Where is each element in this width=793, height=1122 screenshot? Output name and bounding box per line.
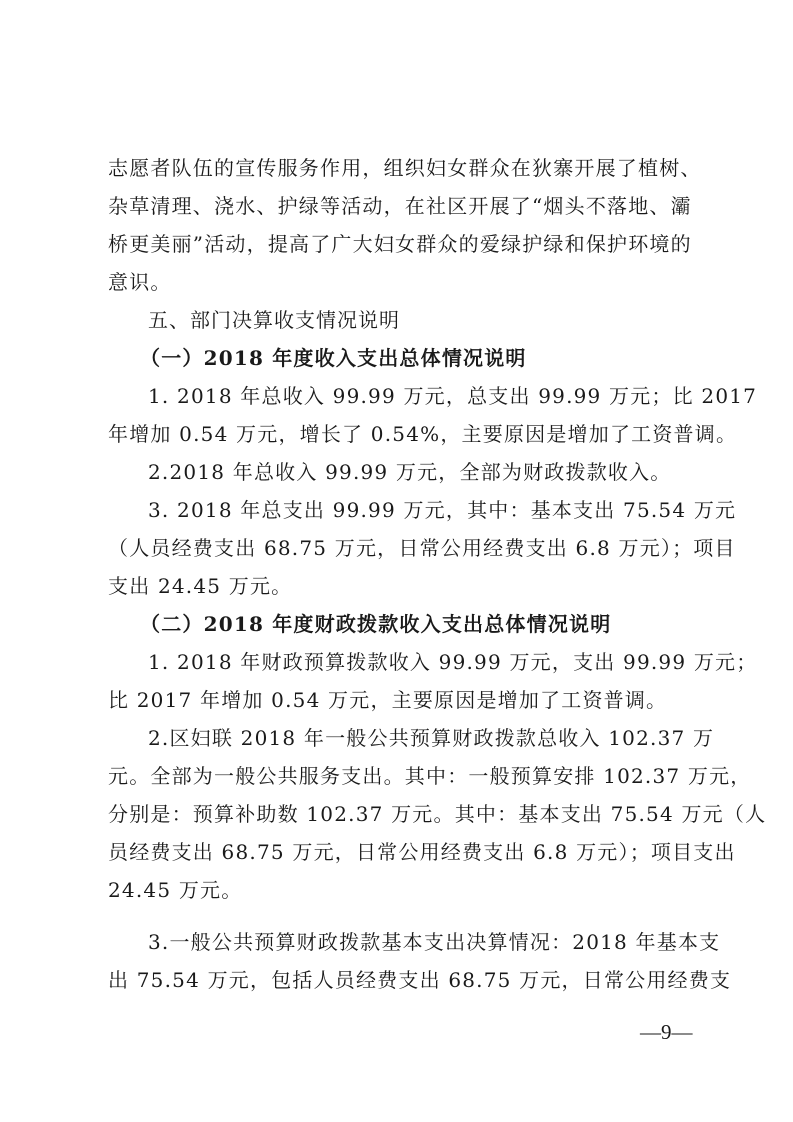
paragraph-line: 意识。 — [108, 270, 688, 294]
paragraph-line: 支出 24.45 万元。 — [108, 574, 688, 598]
paragraph-line: 年增加 0.54 万元，增长了 0.54%，主要原因是增加了工资普调。 — [108, 422, 688, 446]
paragraph-line: 24.45 万元。 — [108, 878, 688, 902]
paragraph-line: 杂草清理、浇水、护绿等活动，在社区开展了“烟头不落地、灞 — [108, 194, 688, 218]
paragraph-line: 1. 2018 年财政预算拨款收入 99.99 万元，支出 99.99 万元； — [148, 650, 688, 674]
section-heading: 五、部门决算收支情况说明 — [148, 308, 688, 332]
document-page: 志愿者队伍的宣传服务作用，组织妇女群众在狄寨开展了植树、 杂草清理、浇水、护绿等… — [0, 0, 793, 1122]
paragraph-line: 志愿者队伍的宣传服务作用，组织妇女群众在狄寨开展了植树、 — [108, 156, 688, 180]
paragraph-line: 元。全部为一般公共服务支出。其中：一般预算安排 102.37 万元， — [108, 764, 688, 788]
paragraph-line: 2.区妇联 2018 年一般公共预算财政拨款总收入 102.37 万 — [148, 726, 688, 750]
paragraph-line: 员经费支出 68.75 万元，日常公用经费支出 6.8 万元）；项目支出 — [108, 840, 688, 864]
subsection-heading: （二）2018 年度财政拨款收入支出总体情况说明 — [140, 612, 680, 636]
subsection-heading: （一）2018 年度收入支出总体情况说明 — [140, 346, 680, 370]
paragraph-line: 3. 2018 年总支出 99.99 万元，其中：基本支出 75.54 万元 — [148, 498, 688, 522]
paragraph-line: （人员经费支出 68.75 万元，日常公用经费支出 6.8 万元）；项目 — [108, 536, 688, 560]
paragraph-line: 桥更美丽”活动，提高了广大妇女群众的爱绿护绿和保护环境的 — [108, 232, 688, 256]
paragraph-line: 3.一般公共预算财政拨款基本支出决算情况：2018 年基本支 — [148, 930, 688, 954]
paragraph-line: 1. 2018 年总收入 99.99 万元，总支出 99.99 万元；比 201… — [148, 384, 688, 408]
paragraph-line: 出 75.54 万元，包括人员经费支出 68.75 万元，日常公用经费支 — [108, 968, 688, 992]
paragraph-line: 分别是：预算补助数 102.37 万元。其中：基本支出 75.54 万元（人 — [108, 802, 688, 826]
page-number: —9— — [640, 1020, 693, 1045]
paragraph-line: 比 2017 年增加 0.54 万元，主要原因是增加了工资普调。 — [108, 688, 688, 712]
paragraph-line: 2.2018 年总收入 99.99 万元，全部为财政拨款收入。 — [148, 460, 688, 484]
